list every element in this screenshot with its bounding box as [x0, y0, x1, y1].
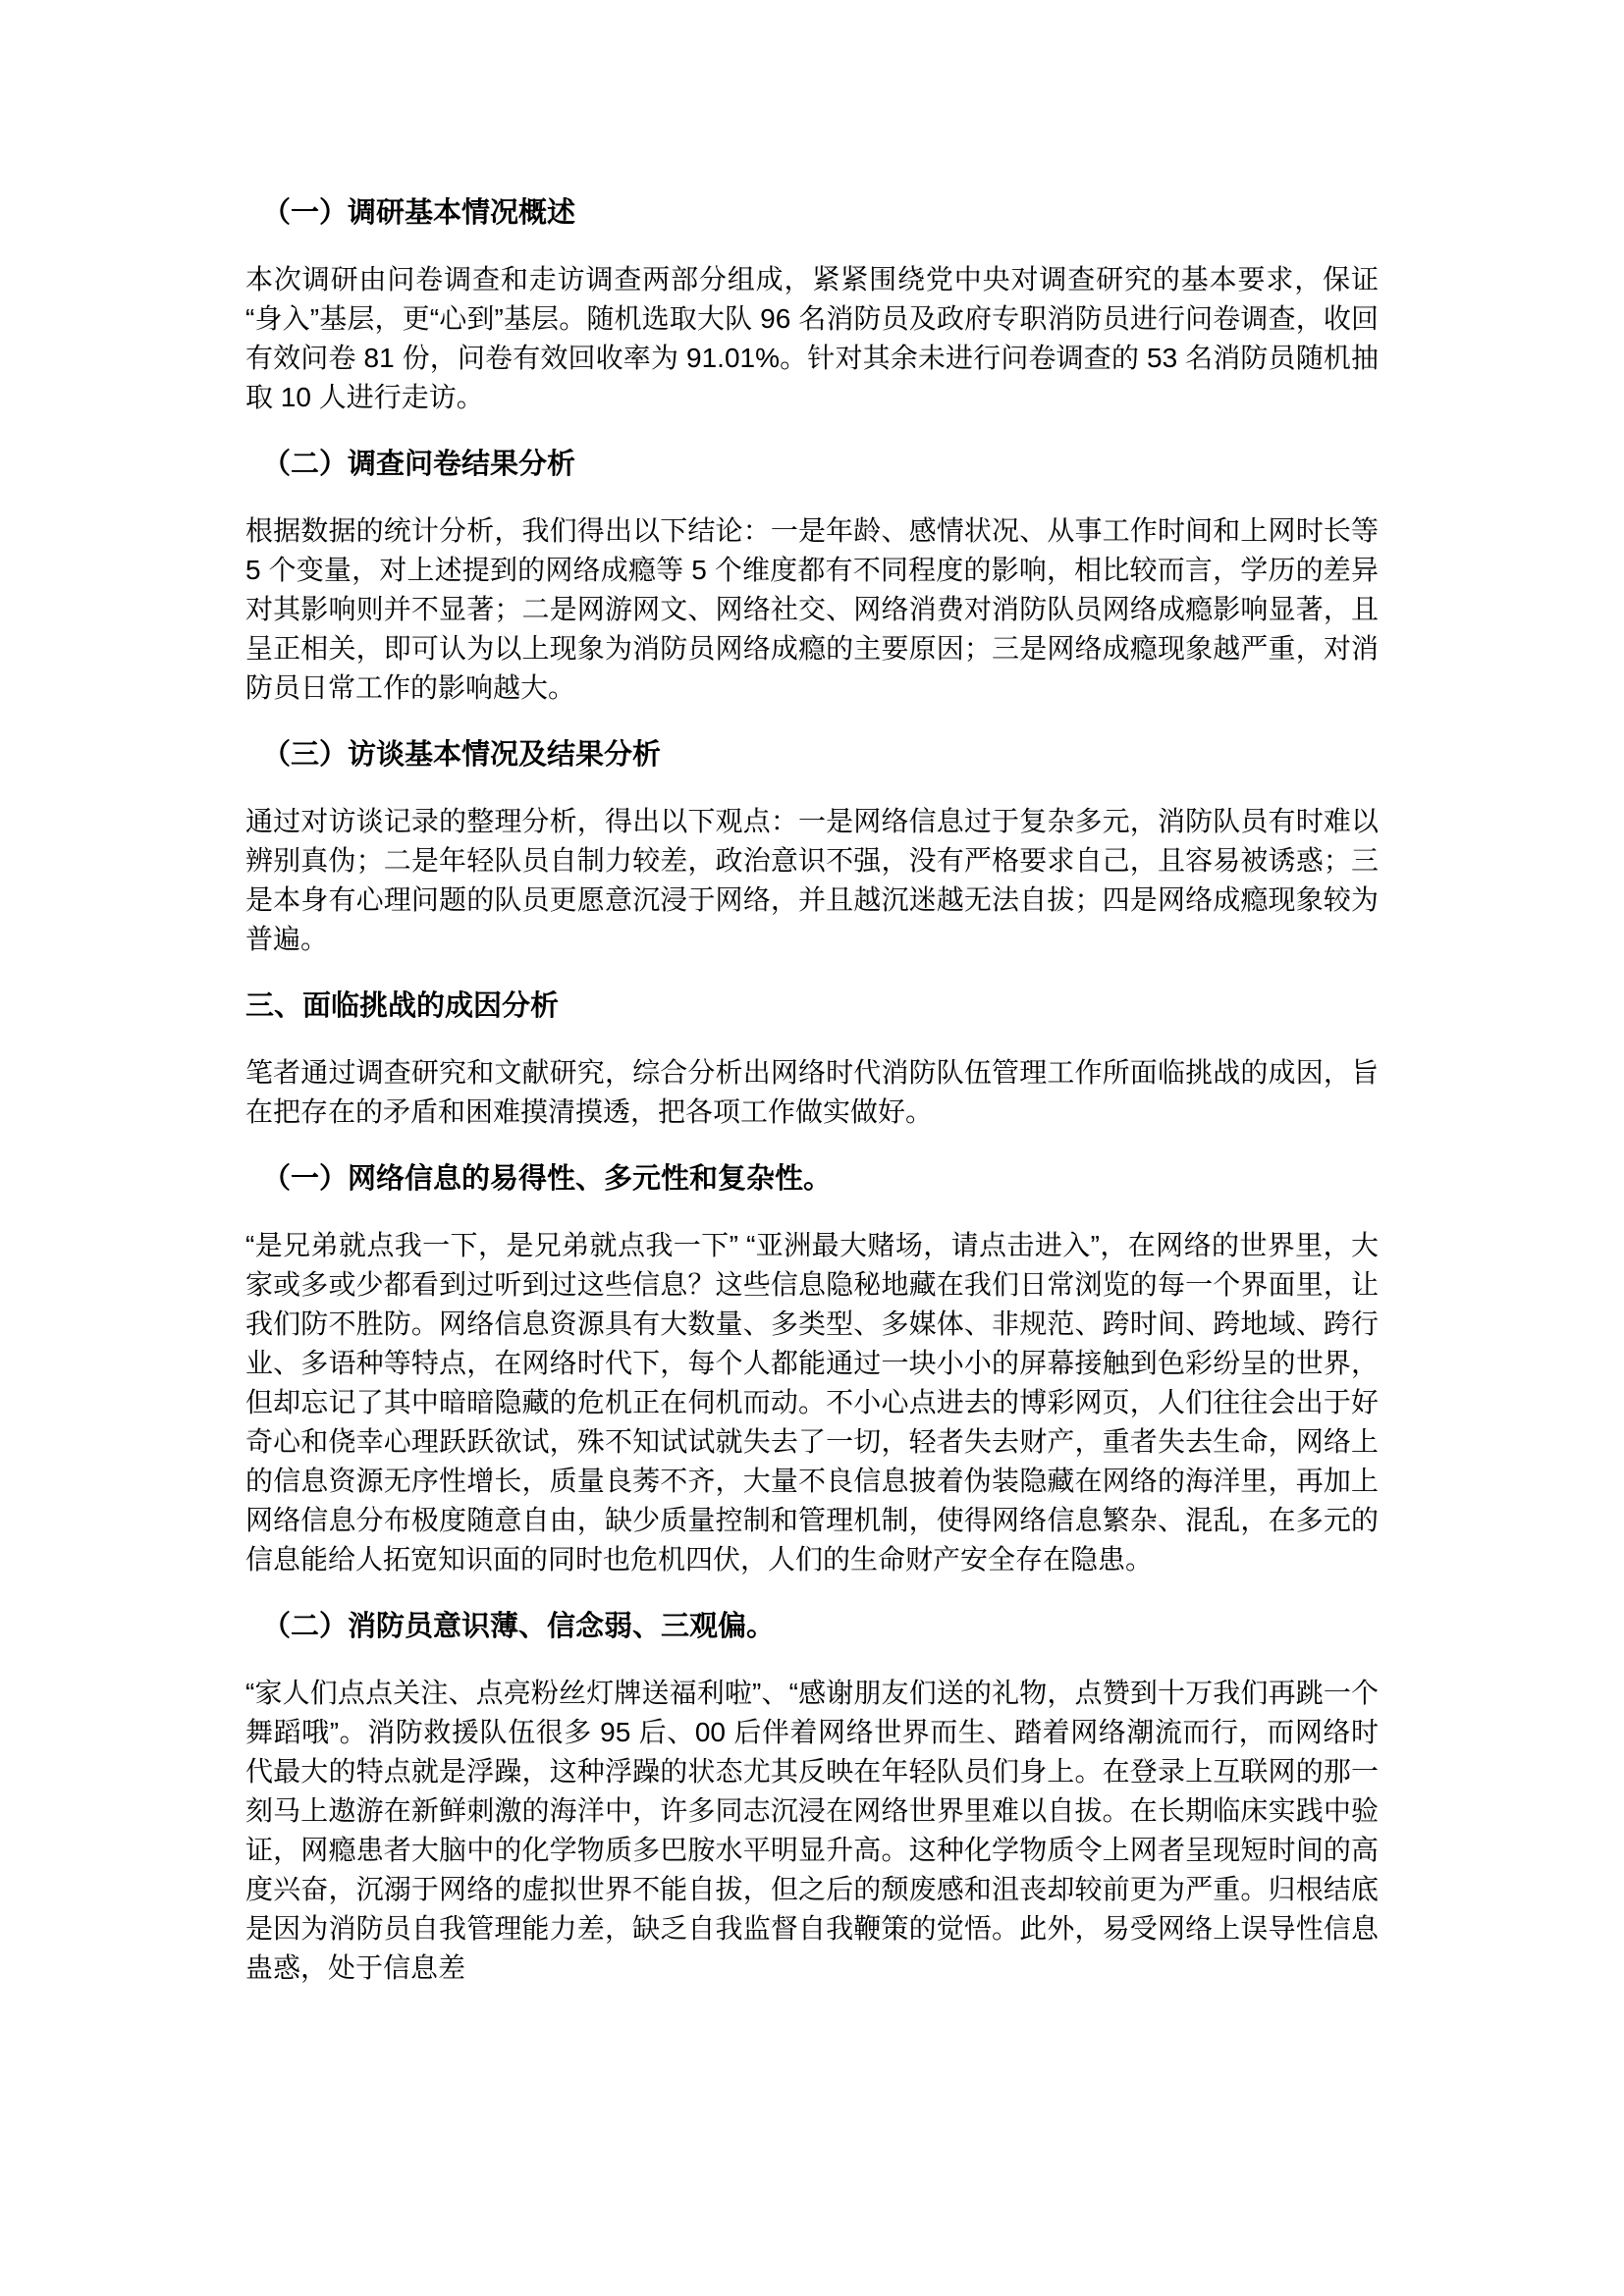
- body-paragraph: 通过对访谈记录的整理分析，得出以下观点：一是网络信息过于复杂多元，消防队员有时难…: [245, 802, 1379, 959]
- section-heading: 三、面临挑战的成因分析: [245, 987, 1379, 1026]
- document-body: （一）调研基本情况概述本次调研由问卷调查和走访调查两部分组成，紧紧围绕党中央对调…: [245, 193, 1379, 1988]
- document-page: （一）调研基本情况概述本次调研由问卷调查和走访调查两部分组成，紧紧围绕党中央对调…: [0, 0, 1624, 2296]
- body-paragraph: “是兄弟就点我一下，是兄弟就点我一下” “亚洲最大赌场，请点击进入”，在网络的世…: [245, 1226, 1379, 1579]
- section-heading: （二）调查问卷结果分析: [245, 445, 1379, 484]
- body-paragraph: 笔者通过调查研究和文献研究，综合分析出网络时代消防队伍管理工作所面临挑战的成因，…: [245, 1053, 1379, 1132]
- body-paragraph: “家人们点点关注、点亮粉丝灯牌送福利啦”、“感谢朋友们送的礼物，点赞到十万我们再…: [245, 1674, 1379, 1988]
- section-heading: （一）网络信息的易得性、多元性和复杂性。: [245, 1159, 1379, 1199]
- section-heading: （二）消防员意识薄、信念弱、三观偏。: [245, 1607, 1379, 1646]
- body-paragraph: 根据数据的统计分析，我们得出以下结论：一是年龄、感情状况、从事工作时间和上网时长…: [245, 511, 1379, 708]
- body-paragraph: 本次调研由问卷调查和走访调查两部分组成，紧紧围绕党中央对调查研究的基本要求，保证…: [245, 260, 1379, 417]
- section-heading: （一）调研基本情况概述: [245, 193, 1379, 233]
- section-heading: （三）访谈基本情况及结果分析: [245, 735, 1379, 774]
